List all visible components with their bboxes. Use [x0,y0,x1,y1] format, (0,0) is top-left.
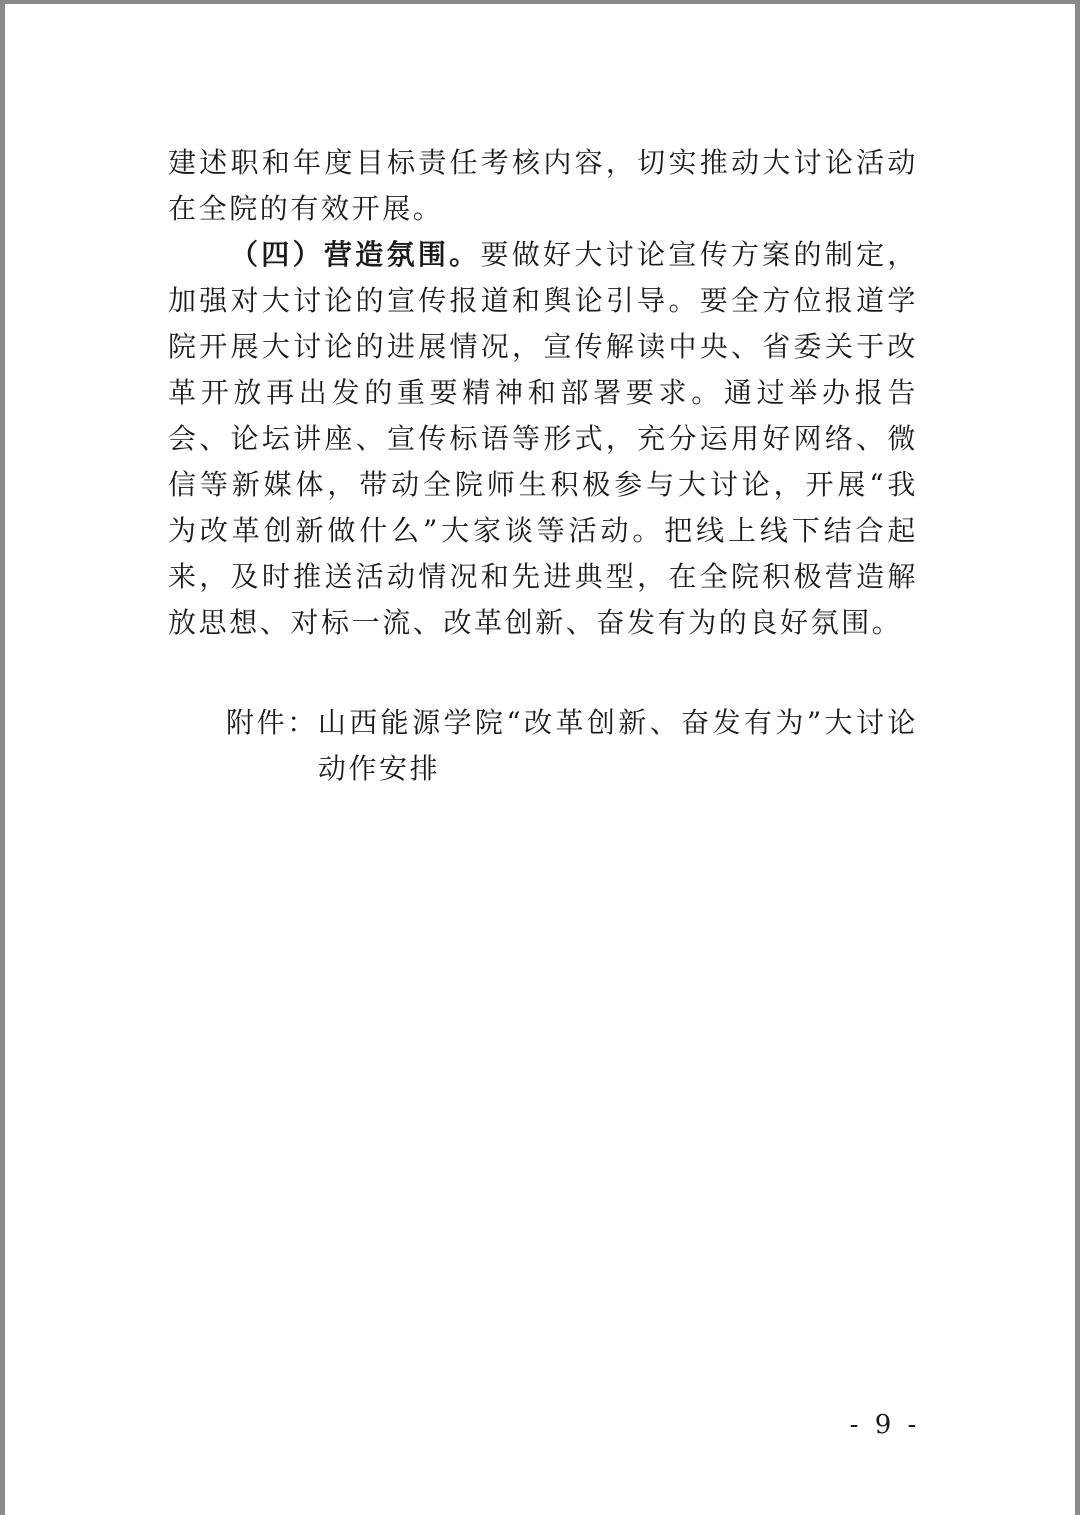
attachment-label: 附件： [226,700,318,792]
document-page: 建述职和年度目标责任考核内容，切实推动大讨论活动在全院的有效开展。 （四）营造氛… [5,4,1075,1515]
section-four-heading: （四）营造氛围。 [230,238,480,271]
paragraph-continued: 建述职和年度目标责任考核内容，切实推动大讨论活动在全院的有效开展。 [168,140,918,232]
section-four-paragraph: （四）营造氛围。要做好大讨论宣传方案的制定，加强对大讨论的宣传报道和舆论引导。要… [168,232,918,646]
page-number: - 9 - [845,1410,925,1440]
attachment-line: 附件： 山西能源学院“改革创新、奋发有为”大讨论动作安排 [226,700,918,792]
section-four-body: 要做好大讨论宣传方案的制定，加强对大讨论的宣传报道和舆论引导。要全方位报道学院开… [168,238,918,639]
attachment-title: 山西能源学院“改革创新、奋发有为”大讨论动作安排 [318,700,918,792]
